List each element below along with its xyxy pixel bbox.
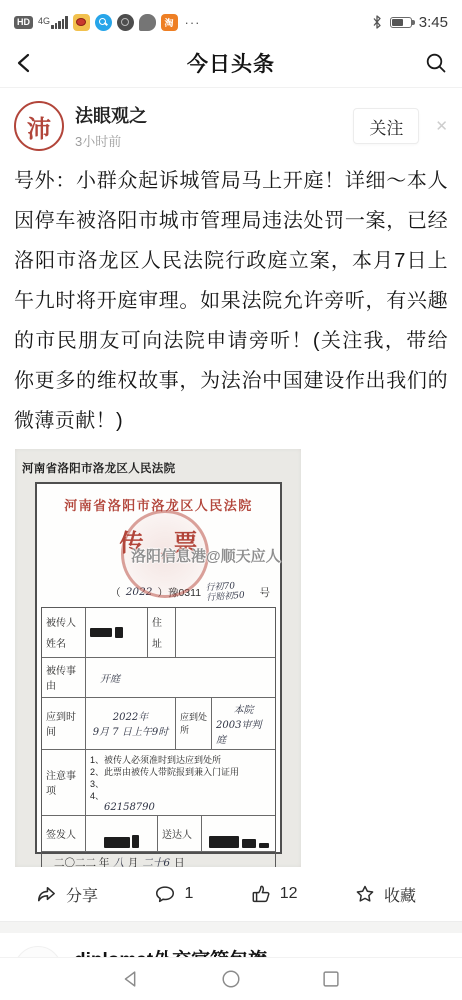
notes-list: 1、被传人必须准时到达应到处所 2、此票由被传人带院报到兼入门证用 3、 4、 (90, 754, 271, 803)
status-bar: HD 4G 淘 ··· 3:45 (0, 0, 462, 38)
nav-back-triangle-icon (120, 968, 142, 990)
avatar-seal-character: 沛 (27, 109, 51, 144)
summons-document: 河南省洛阳市洛龙区人民法院 传票 ★ （2022）豫0311 行初70行赔初50… (35, 482, 282, 854)
camera-notification-icon (117, 14, 134, 31)
post-image-summons[interactable]: 河南省洛阳市洛龙区人民法院 河南省洛阳市洛龙区人民法院 传票 ★ （2022）豫… (15, 449, 301, 867)
page-title: 今日头条 (54, 48, 408, 78)
share-label: 分享 (66, 883, 98, 906)
table-row-signatures: 签发人 送达人 (42, 816, 275, 852)
author-block[interactable]: 法眼观之 3小时前 (75, 102, 353, 150)
author-name: 法眼观之 (75, 102, 353, 128)
nav-home-button[interactable] (216, 964, 246, 994)
taobao-notification-icon: 淘 (161, 14, 178, 31)
follow-button[interactable]: 关注 (353, 108, 419, 144)
bluetooth-icon (371, 14, 383, 30)
share-arrow-icon (36, 883, 58, 905)
back-button[interactable] (14, 51, 54, 75)
weibo-notification-icon (73, 14, 90, 31)
network-signal-icon: 4G (38, 16, 68, 29)
favorite-label: 收藏 (384, 883, 416, 906)
table-row-summoned: 被传人姓名 住址 (42, 608, 275, 658)
post-action-bar: 分享 1 12 收藏 (0, 867, 462, 921)
nav-recents-square-icon (320, 968, 342, 990)
case-number-handwritten: 行初70行赔初50 (205, 581, 245, 604)
status-right: 3:45 (371, 14, 448, 31)
back-chevron-icon (14, 51, 36, 75)
app-header: 今日头条 (0, 38, 462, 88)
chat-notification-icon (139, 14, 156, 31)
status-left: HD 4G 淘 ··· (14, 14, 201, 31)
nav-back-button[interactable] (116, 964, 146, 994)
share-button[interactable]: 分享 (36, 883, 98, 906)
more-notifications-icon: ··· (185, 15, 201, 30)
favorite-button[interactable]: 收藏 (354, 883, 416, 906)
search-icon (424, 51, 448, 75)
summons-table: 被传人姓名 住址 被传事由 开庭 应到时间 2022年9月 7 日上午9时 应到… (41, 607, 276, 867)
thumbs-up-icon (250, 883, 272, 905)
table-row-reason: 被传事由 开庭 (42, 658, 275, 698)
like-button[interactable]: 12 (250, 883, 298, 905)
redacted-server-mark (209, 836, 239, 848)
star-icon (354, 883, 376, 905)
dismiss-post-icon[interactable]: ✕ (435, 119, 448, 134)
hd-badge: HD (14, 16, 33, 29)
comment-bubble-icon (154, 883, 176, 905)
nav-home-circle-icon (220, 968, 242, 990)
feed-separator (0, 921, 462, 933)
post-timestamp: 3小时前 (75, 131, 353, 150)
comment-count: 1 (184, 885, 193, 903)
redacted-issuer-mark (104, 837, 130, 848)
photo-watermark: 洛阳信息港@顺天应人 (131, 545, 281, 566)
browser-notification-icon (95, 14, 112, 31)
battery-icon (390, 17, 412, 28)
handwritten-phone-number: 62158790 (104, 802, 271, 813)
table-row-notes: 注意事项 1、被传人必须准时到达应到处所 2、此票由被传人带院报到兼入门证用 3… (42, 750, 275, 816)
network-type-label: 4G (38, 16, 50, 26)
table-row-time-place: 应到时间 2022年9月 7 日上午9时 应到处所 本院2003审判庭 (42, 698, 275, 750)
signal-bars-icon (51, 16, 68, 29)
app-screen: HD 4G 淘 ··· 3:45 今日头条 (0, 0, 462, 1000)
table-row-date: 二〇二二 年 八 月 二十6 日 (42, 852, 275, 867)
redacted-name-mark (90, 627, 143, 638)
photo-caption: 河南省洛阳市洛龙区人民法院 (15, 449, 301, 476)
post-header: 沛 法眼观之 3小时前 关注 ✕ (0, 88, 462, 155)
android-nav-bar (0, 958, 462, 1000)
comment-button[interactable]: 1 (154, 883, 193, 905)
post-body-text: 号外：小群众起诉城管局马上开庭！详细～本人因停车被洛阳市城市管理局违法处罚一案，… (0, 155, 462, 441)
search-button[interactable] (408, 51, 448, 75)
nav-recents-button[interactable] (316, 964, 346, 994)
clock-time: 3:45 (419, 14, 448, 31)
like-count: 12 (280, 885, 298, 903)
author-avatar[interactable]: 沛 (14, 101, 64, 151)
